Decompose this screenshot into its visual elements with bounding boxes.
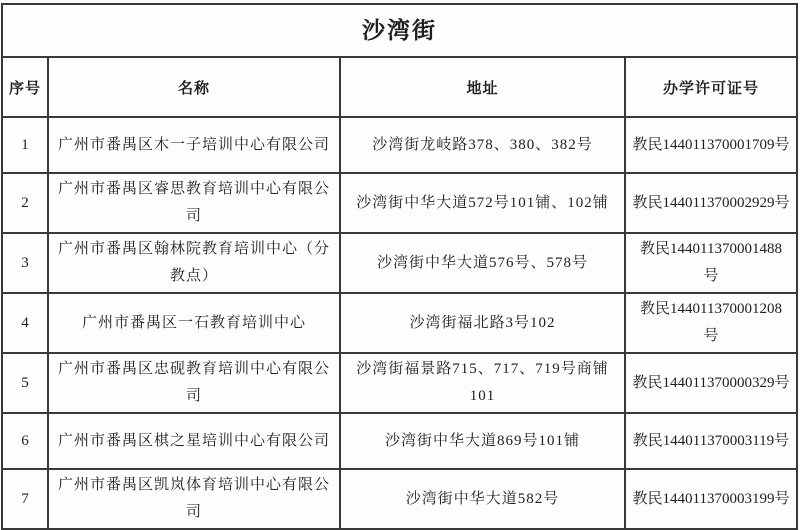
cell-address: 沙湾街中华大道582号 bbox=[340, 469, 625, 522]
cell-license: 教民144011370001488号 bbox=[625, 233, 797, 293]
cell-license: 教民144011370003199号 bbox=[625, 469, 797, 522]
cell-address: 沙湾街中华大道869号101铺 bbox=[340, 413, 625, 469]
cell-index: 5 bbox=[2, 353, 48, 413]
cell-license: 教民144011370003119号 bbox=[625, 413, 797, 469]
cell-license: 教民144011370001208号 bbox=[625, 293, 797, 353]
cell-index: 6 bbox=[2, 413, 48, 469]
cell-license: 教民144011370000329号 bbox=[625, 353, 797, 413]
license-text: 教民144011370001488号 bbox=[636, 236, 786, 290]
cell-address: 沙湾街中华大道576号、578号 bbox=[340, 233, 625, 293]
license-text: 教民144011370003119号 bbox=[633, 433, 789, 449]
table-row: 2 广州市番禺区睿思教育培训中心有限公司 沙湾街中华大道572号101铺、102… bbox=[2, 173, 797, 233]
cell-index: 4 bbox=[2, 293, 48, 353]
table-row: 3 广州市番禺区翰林院教育培训中心（分教点） 沙湾街中华大道576号、578号 … bbox=[2, 233, 797, 293]
license-text: 教民144011370000329号 bbox=[633, 375, 790, 391]
page-title: 沙湾街 bbox=[2, 4, 797, 57]
cell-index: 1 bbox=[2, 117, 48, 173]
license-text: 教民144011370002929号 bbox=[633, 195, 790, 211]
table-row: 7 广州市番禺区凯岚体育培训中心有限公司 沙湾街中华大道582号 教民14401… bbox=[2, 469, 797, 522]
table-title-row: 沙湾街 bbox=[2, 4, 797, 57]
table-row: 6 广州市番禺区棋之星培训中心有限公司 沙湾街中华大道869号101铺 教民14… bbox=[2, 413, 797, 469]
cell-name: 广州市番禺区棋之星培训中心有限公司 bbox=[48, 413, 340, 469]
column-header-license: 办学许可证号 bbox=[625, 57, 797, 117]
column-header-address: 地址 bbox=[340, 57, 625, 117]
license-text: 教民144011370003199号 bbox=[633, 491, 790, 507]
cell-index: 3 bbox=[2, 233, 48, 293]
cell-name: 广州市番禺区木一子培训中心有限公司 bbox=[48, 117, 340, 173]
cell-address: 沙湾街中华大道572号101铺、102铺 bbox=[340, 173, 625, 233]
column-header-index: 序号 bbox=[2, 57, 48, 117]
cell-name: 广州市番禺区忠砚教育培训中心有限公司 bbox=[48, 353, 340, 413]
cell-name: 广州市番禺区翰林院教育培训中心（分教点） bbox=[48, 233, 340, 293]
license-text: 教民144011370001208号 bbox=[636, 296, 786, 350]
table-header-row: 序号 名称 地址 办学许可证号 bbox=[2, 57, 797, 117]
cell-license: 教民144011370001709号 bbox=[625, 117, 797, 173]
column-header-name: 名称 bbox=[48, 57, 340, 117]
table-row: 4 广州市番禺区一石教育培训中心 沙湾街福北路3号102 教民144011370… bbox=[2, 293, 797, 353]
cell-address: 沙湾街福北路3号102 bbox=[340, 293, 625, 353]
cell-name: 广州市番禺区睿思教育培训中心有限公司 bbox=[48, 173, 340, 233]
license-text: 教民144011370001709号 bbox=[633, 137, 790, 153]
table-row: 5 广州市番禺区忠砚教育培训中心有限公司 沙湾街福景路715、717、719号商… bbox=[2, 353, 797, 413]
cell-license: 教民144011370002929号 bbox=[625, 173, 797, 233]
cell-index: 7 bbox=[2, 469, 48, 522]
cell-name: 广州市番禺区一石教育培训中心 bbox=[48, 293, 340, 353]
cell-name: 广州市番禺区凯岚体育培训中心有限公司 bbox=[48, 469, 340, 522]
license-table-sheet: 沙湾街 序号 名称 地址 办学许可证号 1 广州市番禺区木一子培训中心有限公司 … bbox=[1, 3, 796, 522]
table-row: 1 广州市番禺区木一子培训中心有限公司 沙湾街龙岐路378、380、382号 教… bbox=[2, 117, 797, 173]
cell-address: 沙湾街福景路715、717、719号商铺101 bbox=[340, 353, 625, 413]
cell-address: 沙湾街龙岐路378、380、382号 bbox=[340, 117, 625, 173]
cell-index: 2 bbox=[2, 173, 48, 233]
training-centers-table: 沙湾街 序号 名称 地址 办学许可证号 1 广州市番禺区木一子培训中心有限公司 … bbox=[1, 3, 798, 522]
